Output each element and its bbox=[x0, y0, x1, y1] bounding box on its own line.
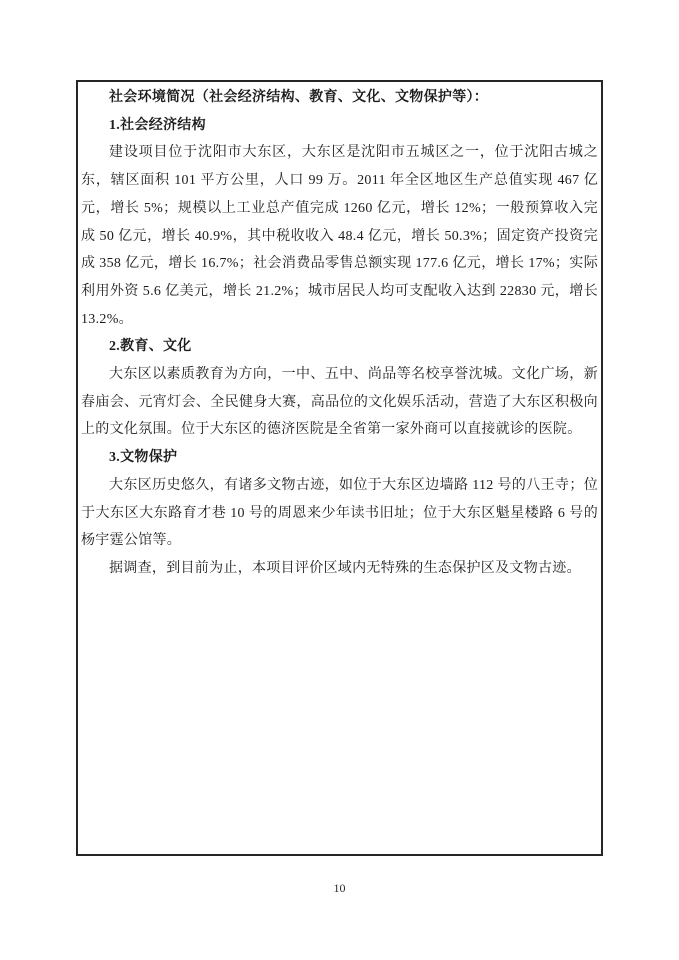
section-heading-education-culture: 2.教育、文化 bbox=[81, 333, 598, 361]
section-paragraph-survey-note: 据调查，到目前为止，本项目评价区域内无特殊的生态保护区及文物古迹。 bbox=[81, 555, 598, 583]
page-number: 10 bbox=[0, 881, 679, 896]
section-paragraph-socioeconomic: 建设项目位于沈阳市大东区，大东区是沈阳市五城区之一，位于沈阳古城之东，辖区面积 … bbox=[81, 139, 598, 333]
social-environment-cell: 社会环境简况（社会经济结构、教育、文化、文物保护等）： 1.社会经济结构 建设项… bbox=[76, 80, 603, 856]
section-heading-heritage-protection: 3.文物保护 bbox=[81, 444, 598, 472]
section-paragraph-heritage-sites: 大东区历史悠久，有诸多文物古迹，如位于大东区边墙路 112 号的八王寺；位于大东… bbox=[81, 472, 598, 555]
section-heading-socioeconomic: 1.社会经济结构 bbox=[81, 112, 598, 140]
cell-title: 社会环境简况（社会经济结构、教育、文化、文物保护等）： bbox=[81, 84, 598, 112]
section-paragraph-education-culture: 大东区以素质教育为方向，一中、五中、尚品等名校享誉沈城。文化广场，新春庙会、元宵… bbox=[81, 361, 598, 444]
document-page: 社会环境简况（社会经济结构、教育、文化、文物保护等）： 1.社会经济结构 建设项… bbox=[0, 0, 679, 960]
